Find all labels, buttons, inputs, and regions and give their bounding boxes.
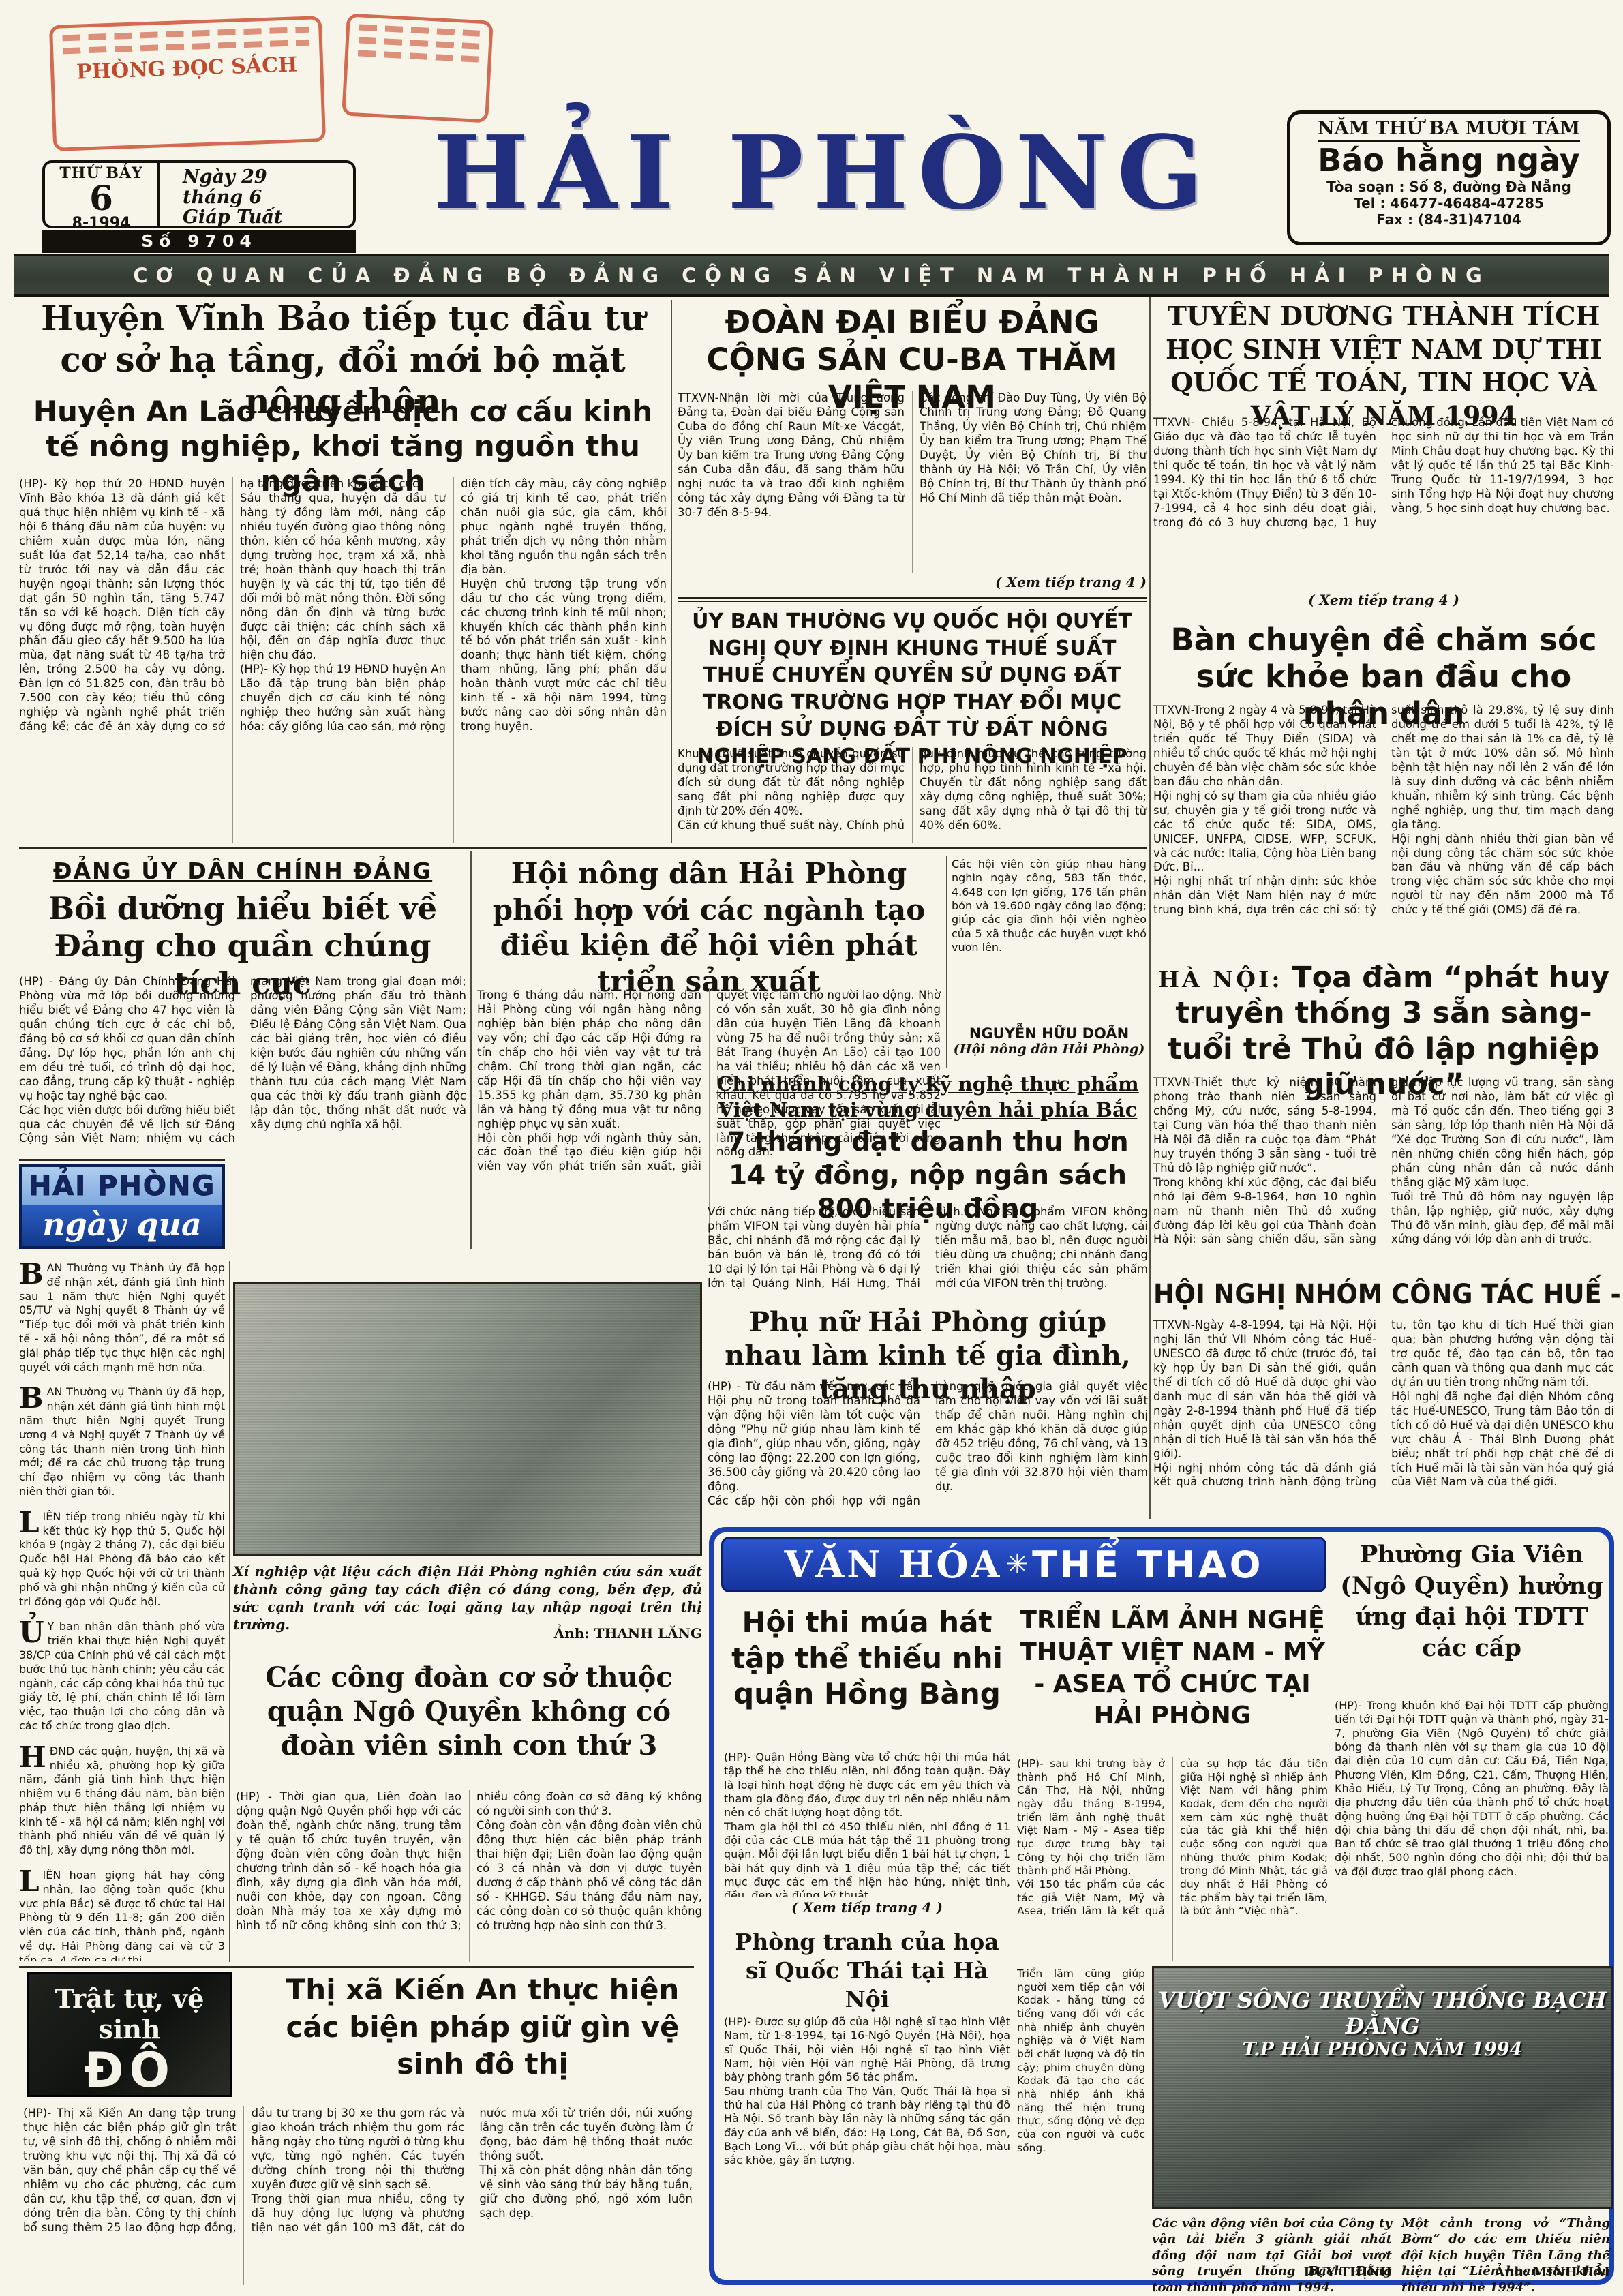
fax-line: Fax : (84-31)47104 [1290, 211, 1607, 228]
kicker-vifon: Chi nhánh công ty kỹ nghệ thực phẩm Việt… [708, 1072, 1148, 1123]
star-icon: ✳ [1005, 1549, 1029, 1580]
photo-insulation-gloves [233, 1282, 702, 1556]
ngay-qua-briefs: BAN Thường vụ Thành ủy đã họp để nhận xé… [19, 1261, 225, 1961]
daily-label: Báo hằng ngày [1290, 142, 1607, 179]
byline-org: (Hội nông dân Hải Phòng) [952, 1042, 1147, 1057]
photo-caption: Một cảnh trong vở “Thằng Bờm” do các em … [1401, 2216, 1610, 2266]
year-line: NĂM THỨ BA MƯƠI TÁM [1318, 118, 1580, 142]
article-body-continuation: Triển lãm cũng giúp người xem tiếp cận v… [1017, 1967, 1145, 2278]
rule-double [678, 597, 1147, 602]
headline-hue-unesco: HỘI NGHỊ NHÓM CÔNG TÁC HUẾ -UNESCO [1153, 1279, 1618, 1310]
kicker-dang-uy: ĐẢNG ỦY DÂN CHÍNH ĐẢNG [19, 858, 466, 884]
column-rule [1149, 297, 1151, 1519]
column-rule [229, 1261, 230, 1962]
address-line: Tòa soạn : Số 8, đường Đà Nẵng [1290, 179, 1607, 195]
headline-quoc-hoi: ỦY BAN THƯỜNG VỤ QUỐC HỘI QUYẾT NGHỊ QUY… [678, 608, 1147, 770]
org-banner: CƠ QUAN CỦA ĐẢNG BỘ ĐẢNG CỘNG SẢN VIỆT N… [14, 254, 1609, 297]
photo-banner-line2: T.P HẢI PHÒNG NĂM 1994 [1154, 2039, 1611, 2060]
brief-item: ỦY ban nhân dân thành phố vừa triển khai… [19, 1620, 225, 1733]
photo-swimming-race: VƯỢT SÔNG TRUYỀN THỐNG BẠCH ĐẰNG T.P HẢI… [1152, 1966, 1613, 2209]
byline-author: NGUYỄN HỮU DOÃN [952, 1025, 1147, 1042]
stamp-scribble [358, 50, 479, 62]
library-stamp-secondary [342, 13, 494, 123]
brief-item: LIÊN tiếp trong nhiều ngày từ khi kết th… [19, 1510, 225, 1610]
masthead-info-box: NĂM THỨ BA MƯƠI TÁM Báo hằng ngày Tòa so… [1287, 110, 1611, 245]
article-body: (HP) - Từ đầu năm đến nay, các cấp Hội p… [708, 1380, 1148, 1520]
article-body: (HP)- Thị xã Kiến An đang tập trung thực… [23, 2106, 693, 2285]
headline-trien-lam: TRIỂN LÃM ẢNH NGHỆ THUẬT VIỆT NAM - MỸ -… [1017, 1605, 1328, 1732]
photo-banner-line1: VƯỢT SÔNG TRUYỀN THỐNG BẠCH ĐẰNG [1154, 1987, 1611, 2039]
byline-block: NGUYỄN HỮU DOÃN (Hội nông dân Hải Phòng) [952, 1025, 1147, 1057]
ngay-qua-logo: HẢI PHÒNG ngày qua [19, 1164, 225, 1249]
article-body: TTXVN-Ngày 4-8-1994, tại Hà Nội, Hội ngh… [1153, 1318, 1614, 1517]
column-rule [946, 856, 947, 1068]
headline-mua-hat: Hội thi múa hát tập thể thiếu nhi quận H… [724, 1605, 1010, 1712]
brief-item: BAN Thường vụ Thành ủy đã họp để nhận xé… [19, 1261, 225, 1374]
headline-kien-an: Thị xã Kiến An thực hiện các biện pháp g… [274, 1972, 691, 2083]
article-body: Với chức năng tiếp thị, giới thiệu sản p… [708, 1205, 1148, 1301]
photo-credit: Ảnh: MINH HẢI [1401, 2265, 1610, 2280]
article-body: (HP)- sau khi trưng bày ở thành phố Hồ C… [1017, 1757, 1328, 1961]
vhtt-banner: VĂN HÓA ✳ THỂ THAO [721, 1537, 1326, 1592]
section-rule [19, 1966, 694, 1968]
photo-credit: DUY THỊNH [1152, 2265, 1392, 2280]
article-body: (HP)- Được sự giúp đỡ của Hội nghệ sĩ tạ… [724, 2015, 1010, 2280]
brief-item: HĐND các quận, huyện, thị xã và nhiều xã… [19, 1744, 225, 1858]
article-body-continuation: Các hội viên còn giúp nhau hàng nghìn ng… [952, 858, 1147, 1024]
headline-quoc-thai: Phòng tranh của họa sĩ Quốc Thái tại Hà … [724, 1928, 1010, 2014]
article-body: Khung thuế suất thuế chuyển quyền sử dụn… [678, 747, 1147, 843]
column-rule [470, 851, 472, 1249]
vhtt-banner-vanhoa: VĂN HÓA [784, 1543, 1002, 1586]
article-body: TTXVN-Thiết thực kỷ niệm 30 năm phong tr… [1153, 1076, 1614, 1268]
stamp-scribble [359, 24, 480, 36]
newspaper-title: HẢI PHÒNG [368, 121, 1278, 230]
vhtt-banner-thethao: THỂ THAO [1032, 1543, 1263, 1586]
column-rule [671, 300, 672, 843]
day-number: 6 [45, 182, 157, 215]
photo-credit: Ảnh: THANH LĂNG [233, 1625, 702, 1642]
newspaper-front-page: PHÒNG ĐỌC SÁCH THỨ BẢY 6 8-1994 Ngày 29 … [0, 0, 1623, 2296]
do-thi-label-box: Trật tự, vệ sinh ĐÔ THỊ [27, 1972, 232, 2097]
article-body: (HP)- Quận Hồng Bàng vừa tổ chức hội thi… [724, 1751, 1010, 1897]
photo-caption: Các vận động viên bơi của Công ty vận tả… [1152, 2216, 1392, 2266]
stamp-scribble [359, 37, 479, 49]
continued-note: ( Xem tiếp trang 4 ) [1153, 592, 1614, 608]
article-body: TTXVN-Nhận lời mời của Trung ương Đảng t… [678, 391, 1147, 573]
ngay-qua-logo-bottom: ngày qua [22, 1205, 222, 1246]
do-thi-label-top: Trật tự, vệ sinh [29, 1983, 230, 2044]
ngay-qua-logo-top: HẢI PHÒNG [22, 1167, 222, 1205]
article-body: (HP)- Kỳ họp thứ 20 HĐND huyện Vĩnh Bảo … [19, 477, 667, 843]
section-rule [19, 1159, 225, 1161]
tel-line: Tel : 46477-46484-47285 [1290, 195, 1607, 211]
article-body: TTXVN- Chiều 5-8-94, tại Hà Nội, Bộ Giáo… [1153, 416, 1614, 592]
headline-nong-dan: Hội nông dân Hải Phòng phối hợp với các … [477, 856, 941, 999]
lunar-date: Ngày 29 tháng 6 Giáp Tuất [160, 163, 353, 226]
date-box: THỨ BẢY 6 8-1994 Ngày 29 tháng 6 Giáp Tu… [42, 160, 356, 228]
article-body: (HP)- Trong khuôn khổ Đại hội TDTT cấp p… [1335, 1699, 1609, 1961]
continued-note: ( Xem tiếp trang 4 ) [724, 1899, 1010, 1916]
section-rule [19, 847, 1147, 849]
article-body: TTXVN-Trong 2 ngày 4 và 5-8-94, tại Hà N… [1153, 704, 1614, 954]
brief-item: LIÊN hoan giọng hát hay công nhân, lao đ… [19, 1869, 225, 1961]
library-stamp: PHÒNG ĐỌC SÁCH [49, 16, 326, 151]
stamp-scribble [63, 40, 309, 55]
article-body: (HP) - Đảng ủy Dân Chính Đảng Hải Phòng … [19, 975, 466, 1155]
headline-kicker-hanoi: HÀ NỘI: [1158, 966, 1283, 993]
continued-note: ( Xem tiếp trang 4 ) [678, 574, 1147, 590]
brief-item: BAN Thường vụ Thành ủy đã họp, nhận xét … [19, 1385, 225, 1498]
article-body: (HP) - Thời gian qua, Liên đoàn lao động… [236, 1790, 702, 1962]
headline-cong-doan: Các công đoàn cơ sở thuộc quận Ngô Quyền… [236, 1661, 702, 1763]
month-year: 8-1994 [45, 215, 157, 232]
headline-gia-vien: Phường Gia Viên (Ngô Quyền) hưởng ứng đạ… [1335, 1539, 1609, 1663]
stamp-text: PHÒNG ĐỌC SÁCH [54, 52, 320, 85]
issue-number: Số 9704 [42, 230, 356, 253]
stamp-scribble [62, 27, 309, 42]
headline-tuyen-duong: TUYÊN DƯƠNG THÀNH TÍCH HỌC SINH VIỆT NAM… [1153, 300, 1614, 433]
photo-caption: Xí nghiệp vật liệu cách điện Hải Phòng n… [233, 1562, 702, 1625]
